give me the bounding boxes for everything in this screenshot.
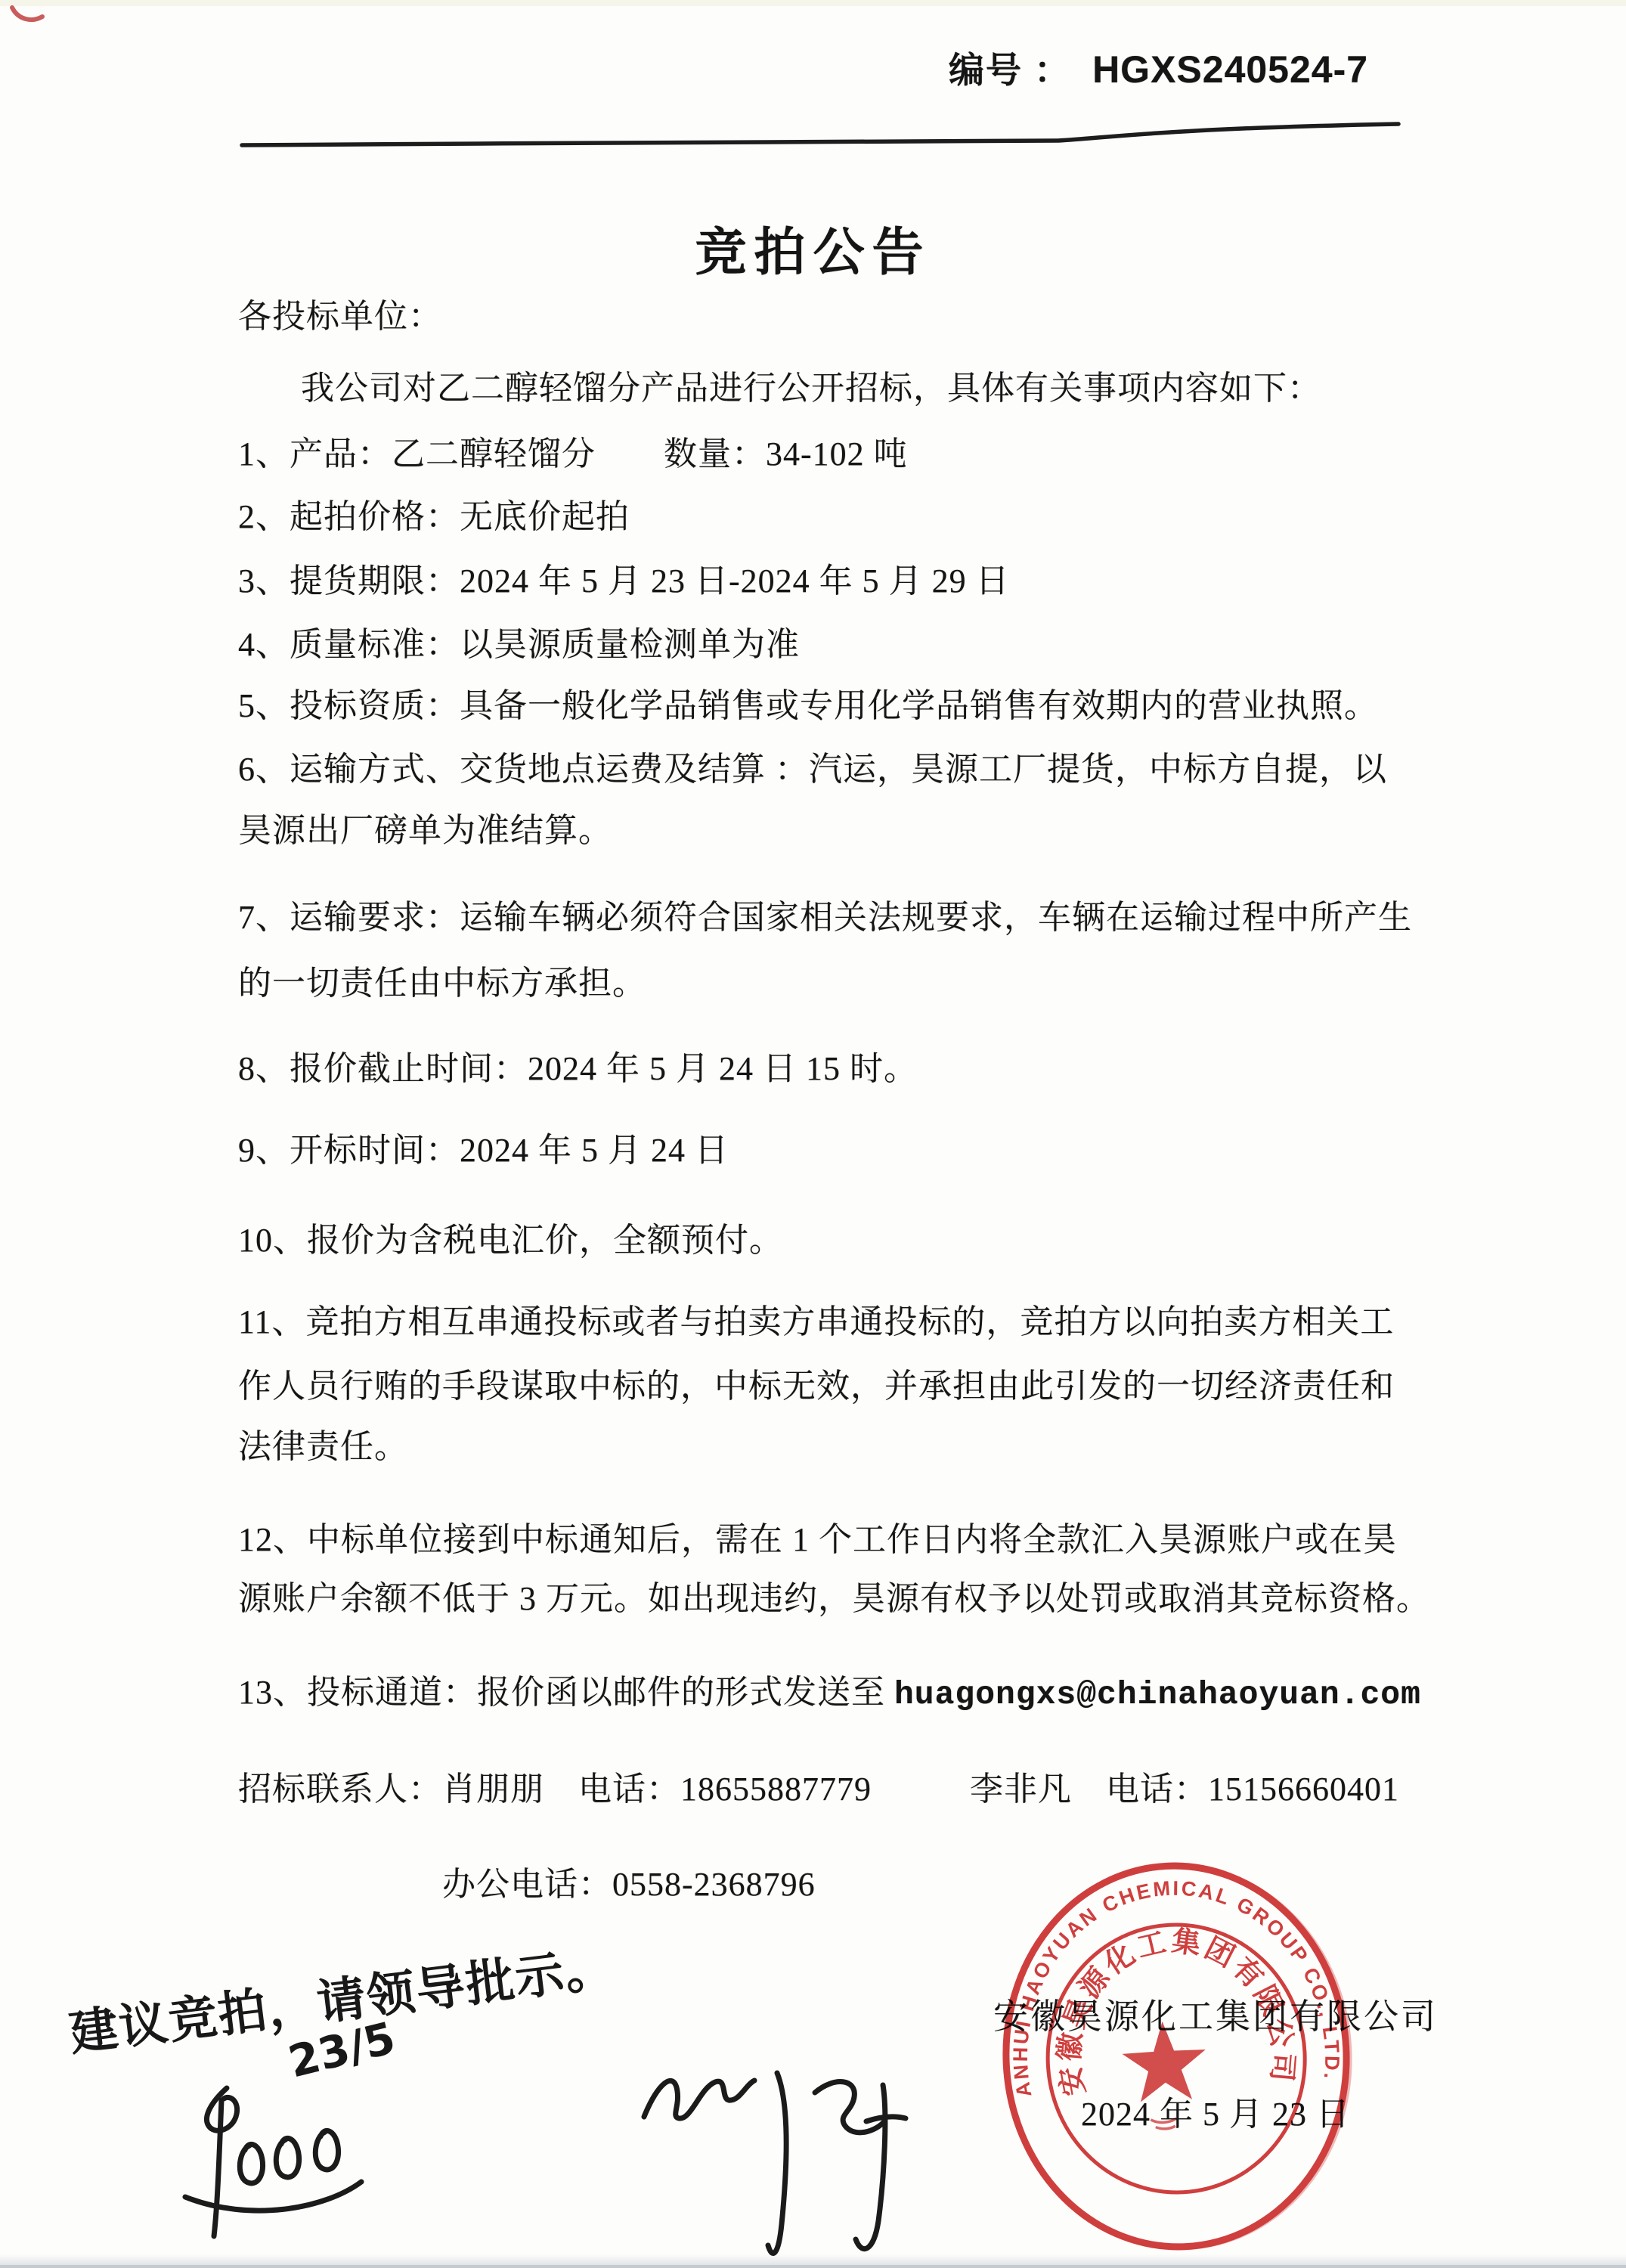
item-line-12: 12、中标单位接到中标通知后，需在 1 个工作日内将全款汇入昊源账户或在昊 (238, 1521, 1397, 1560)
item-line-7b: 的一切责任由中标方承担。 (238, 965, 646, 1003)
header-rule (0, 113, 1626, 159)
item-line-5: 5、投标资质：具备一般化学品销售或专用化学品销售有效期内的营业执照。 (238, 687, 1378, 726)
item-line-6: 6、运输方式、交货地点运费及结算 ：汽运，昊源工厂提货，中标方自提，以 (238, 751, 1387, 789)
doc-number-value: HGXS240524-7 (1092, 48, 1368, 91)
item-line-13: 13、投标通道：报价函以邮件的形式发送至 huagongxs@chinahaoy… (238, 1674, 1421, 1713)
company-name: 安徽昊源化工集团有限公司 (993, 1997, 1438, 2037)
item-line-2: 2、起拍价格：无底价起拍 (238, 498, 630, 537)
item-line-11b: 作人员行贿的手段谋取中标的，中标无效，并承担由此引发的一切经济责任和 (238, 1368, 1395, 1406)
handwritten-note: 建议竞拍，请领导批示。 (67, 1941, 618, 2062)
intro-paragraph: 我公司对乙二醇轻馏分产品进行公开招标，具体有关事项内容如下： (301, 370, 1321, 408)
salutation: 各投标单位： (238, 298, 442, 336)
item-line-1: 1、产品：乙二醇轻馏分 数量：34-102 吨 (238, 435, 908, 474)
scan-edge-bottom-line (0, 2265, 1626, 2268)
scanned-document-page: 编号 ：HGXS240524-7 竞拍公告 各投标单位： 我公司对乙二醇轻馏分产… (0, 0, 1626, 2268)
item-line-7: 7、运输要求：运输车辆必须符合国家相关法规要求，车辆在运输过程中所产生 (238, 899, 1412, 937)
seal-ring-text: ANHUI HAOYUAN CHEMICAL GROUP CO., LTD. (1000, 1868, 1346, 2099)
seal-outer-ring (996, 1857, 1356, 2256)
contact-left: 招标联系人：肖朋朋 电话：18655887779 (238, 1771, 872, 1809)
issue-date: 2024 年 5 月 23 日 (1081, 2096, 1350, 2134)
item-line-12b: 源账户余额不低于 3 万元。如出现违约，昊源有权予以处罚或取消其竞标资格。 (238, 1580, 1430, 1619)
scan-edge-top (0, 0, 1626, 6)
item-line-10: 10、报价为含税电汇价，全额预付。 (238, 1222, 783, 1260)
seal-inner-ring (1041, 1918, 1312, 2198)
item-line-8: 8、报价截止时间：2024 年 5 月 24 日 15 时。 (238, 1050, 918, 1089)
page-title: 竞拍公告 (0, 212, 1626, 285)
corner-red-mark (0, 0, 91, 45)
seal-group: ANHUI HAOYUAN CHEMICAL GROUP CO., LTD. 安… (996, 1856, 1361, 2257)
signature-scribble-left (185, 2088, 361, 2236)
signature-scribble-center (644, 2073, 906, 2254)
item-line-11c: 法律责任。 (238, 1428, 408, 1467)
item-line-11: 11、竞拍方相互串通投标或者与拍卖方串通投标的，竞拍方以向拍卖方相关工 (238, 1303, 1394, 1342)
bid-email: huagongxs@chinahaoyuan.com (894, 1676, 1421, 1713)
handwritten-date: 23/5 (283, 2012, 400, 2087)
item-line-6b: 昊源出厂磅单为准结算。 (238, 812, 612, 850)
svg-text:ANHUI HAOYUAN CHEMICAL GROUP C: ANHUI HAOYUAN CHEMICAL GROUP CO., LTD. (1000, 1868, 1346, 2099)
item-line-4: 4、质量标准：以昊源质量检测单为准 (238, 626, 800, 665)
company-seal: ANHUI HAOYUAN CHEMICAL GROUP CO., LTD. 安… (987, 1845, 1365, 2268)
office-phone: 办公电话：0558-2368796 (442, 1866, 816, 1904)
contact-right: 李非凡 电话：15156660401 (970, 1771, 1399, 1809)
seal-outer-ring-smudge (996, 1856, 1361, 2257)
item-line-3: 3、提货期限：2024 年 5 月 23 日-2024 年 5 月 29 日 (238, 562, 1010, 601)
item-13-text: 13、投标通道：报价函以邮件的形式发送至 (238, 1674, 894, 1711)
doc-number-label: 编号 ： (949, 50, 1071, 90)
item-line-9: 9、开标时间：2024 年 5 月 24 日 (238, 1132, 729, 1170)
doc-number: 编号 ：HGXS240524-7 (949, 42, 1368, 93)
